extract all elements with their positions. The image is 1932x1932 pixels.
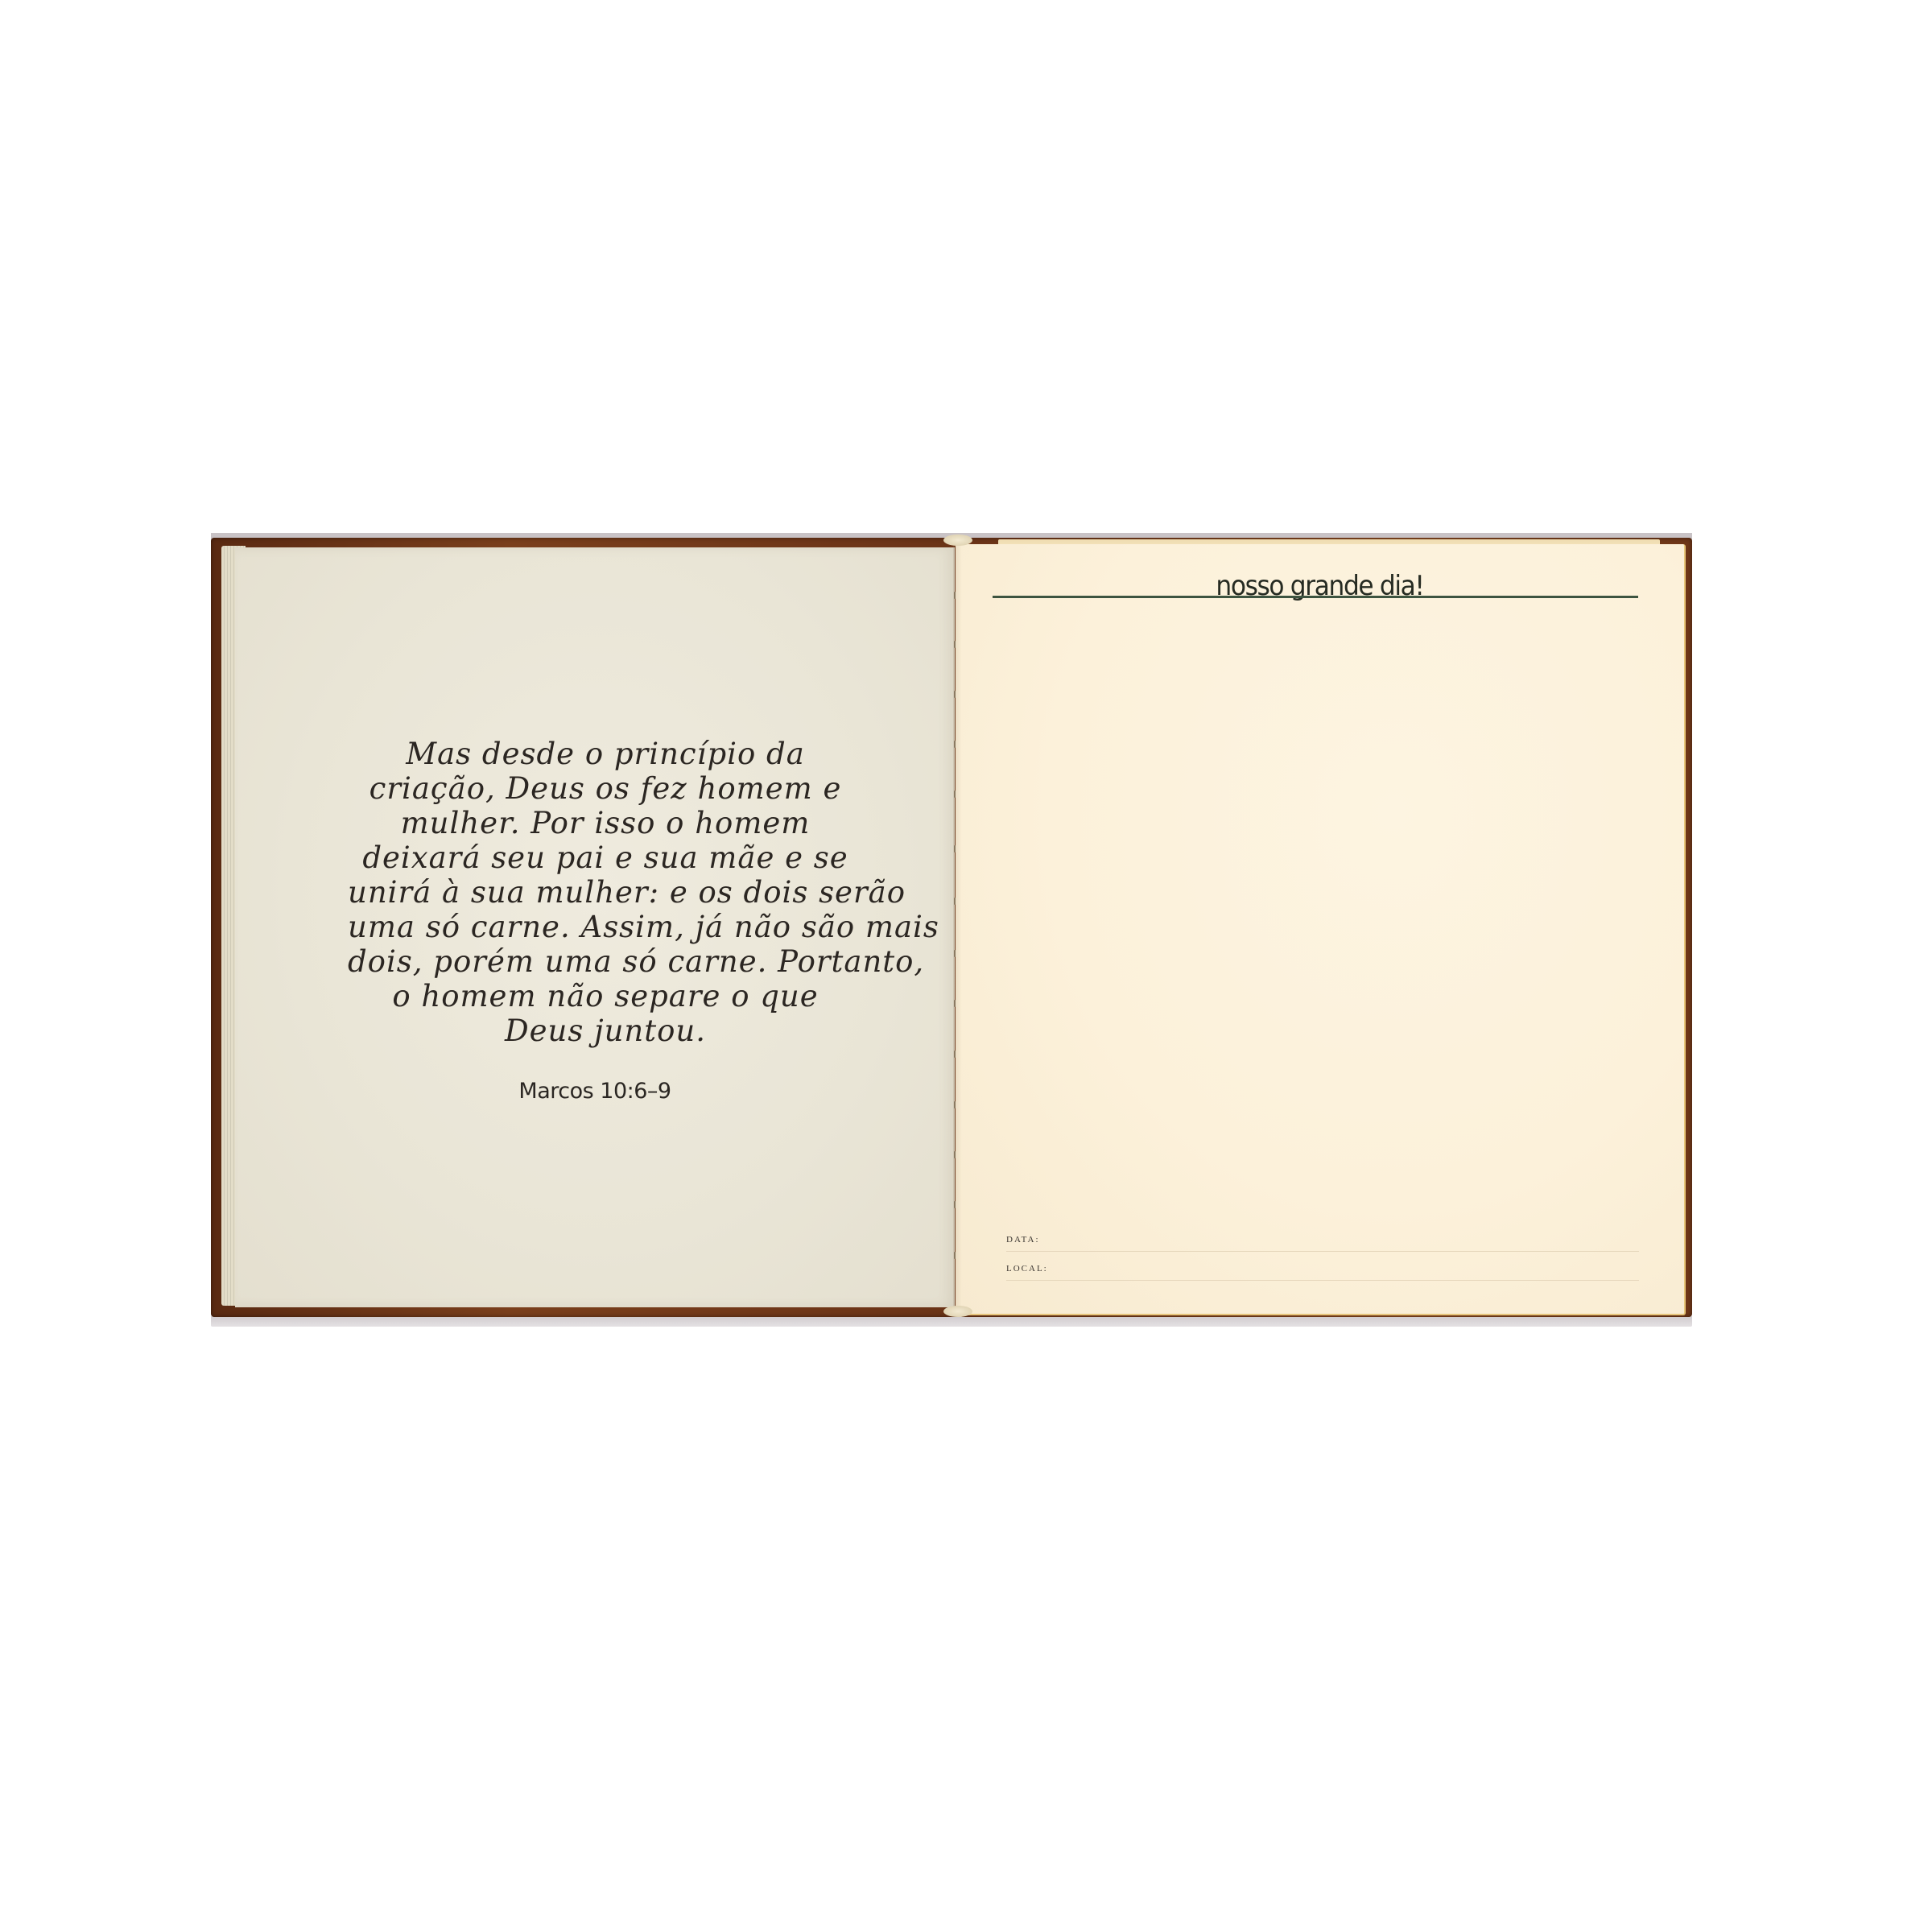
verse-line: criação, Deus os fez homem e xyxy=(348,771,863,806)
location-field[interactable]: LOCAL: xyxy=(1006,1251,1639,1281)
verse-line: uma só carne. Assim, já não são mais xyxy=(348,910,863,944)
location-label: LOCAL: xyxy=(1006,1264,1048,1274)
right-page: nosso grande dia! DATA: LOCAL: xyxy=(956,544,1686,1315)
stitch-mark xyxy=(954,1252,956,1259)
stitch-mark xyxy=(954,791,956,798)
stitch-mark xyxy=(954,1000,956,1007)
stitch-mark xyxy=(954,1051,956,1058)
stitch-mark xyxy=(954,1151,956,1158)
verse-line: o homem não separe o que xyxy=(348,979,863,1013)
book-gutter xyxy=(953,544,968,1314)
stitch-mark xyxy=(954,592,956,599)
left-page: Mas desde o princípio da criação, Deus o… xyxy=(235,547,955,1307)
book-shadow xyxy=(211,1315,1692,1327)
date-label: DATA: xyxy=(1006,1235,1040,1245)
stitch-mark xyxy=(954,898,956,905)
stitch-mark xyxy=(954,741,956,748)
stitch-mark xyxy=(954,845,956,852)
page-watermark xyxy=(277,563,325,1288)
date-field[interactable]: DATA: xyxy=(1006,1222,1639,1252)
verse-line: mulher. Por isso o homem xyxy=(348,806,863,840)
verse-line: unirá à sua mulher: e os dois serão xyxy=(348,875,863,910)
verse-line: deixará seu pai e sua mãe e se xyxy=(348,840,863,875)
stitch-mark xyxy=(954,950,956,957)
verse-line: Deus juntou. xyxy=(348,1013,863,1048)
bible-verse: Mas desde o princípio da criação, Deus o… xyxy=(348,737,863,1048)
stitch-mark xyxy=(954,691,956,698)
spine-headband-bottom xyxy=(943,1306,972,1317)
verse-line: dois, porém uma só carne. Portanto, xyxy=(348,944,863,979)
verse-reference: Marcos 10:6–9 xyxy=(235,1079,955,1104)
stitch-mark xyxy=(954,641,956,648)
title-divider xyxy=(993,596,1638,598)
spine-headband-top xyxy=(943,535,972,546)
stitch-mark xyxy=(954,1101,956,1108)
stitch-mark xyxy=(954,1201,956,1208)
verse-line: Mas desde o princípio da xyxy=(348,737,863,771)
